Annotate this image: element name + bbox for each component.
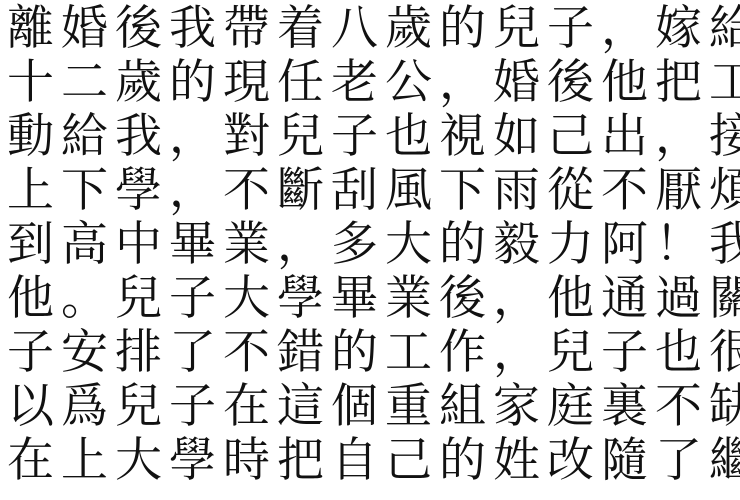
text-line-1: 離婚後我帶着八歲的兒子，嫁給了大我 bbox=[7, 2, 740, 56]
text-line-5: 到高中畢業，多大的毅力阿！我很感激 bbox=[7, 218, 740, 272]
text-line-4: 上下學，不斷刮風下雨從不厭煩，一直 bbox=[7, 164, 740, 218]
text-line-3: 動給我，對兒子也視如己出，接送兒子 bbox=[7, 110, 740, 164]
text-line-8: 以爲兒子在這個重組家庭裏不缺愛，他 bbox=[7, 380, 740, 434]
text-document: 離婚後我帶着八歲的兒子，嫁給了大我 十二歲的現任老公，婚後他把工資卡主 動給我，… bbox=[0, 0, 740, 500]
text-line-6: 他。兒子大學畢業後，他通過關系給兒 bbox=[7, 272, 740, 326]
text-line-9: 在上大學時把自己的姓改隨了繼父的姓 bbox=[7, 434, 740, 488]
text-line-2: 十二歲的現任老公，婚後他把工資卡主 bbox=[7, 56, 740, 110]
text-line-7: 子安排了不錯的工作，兒子也很優秀， bbox=[7, 326, 740, 380]
